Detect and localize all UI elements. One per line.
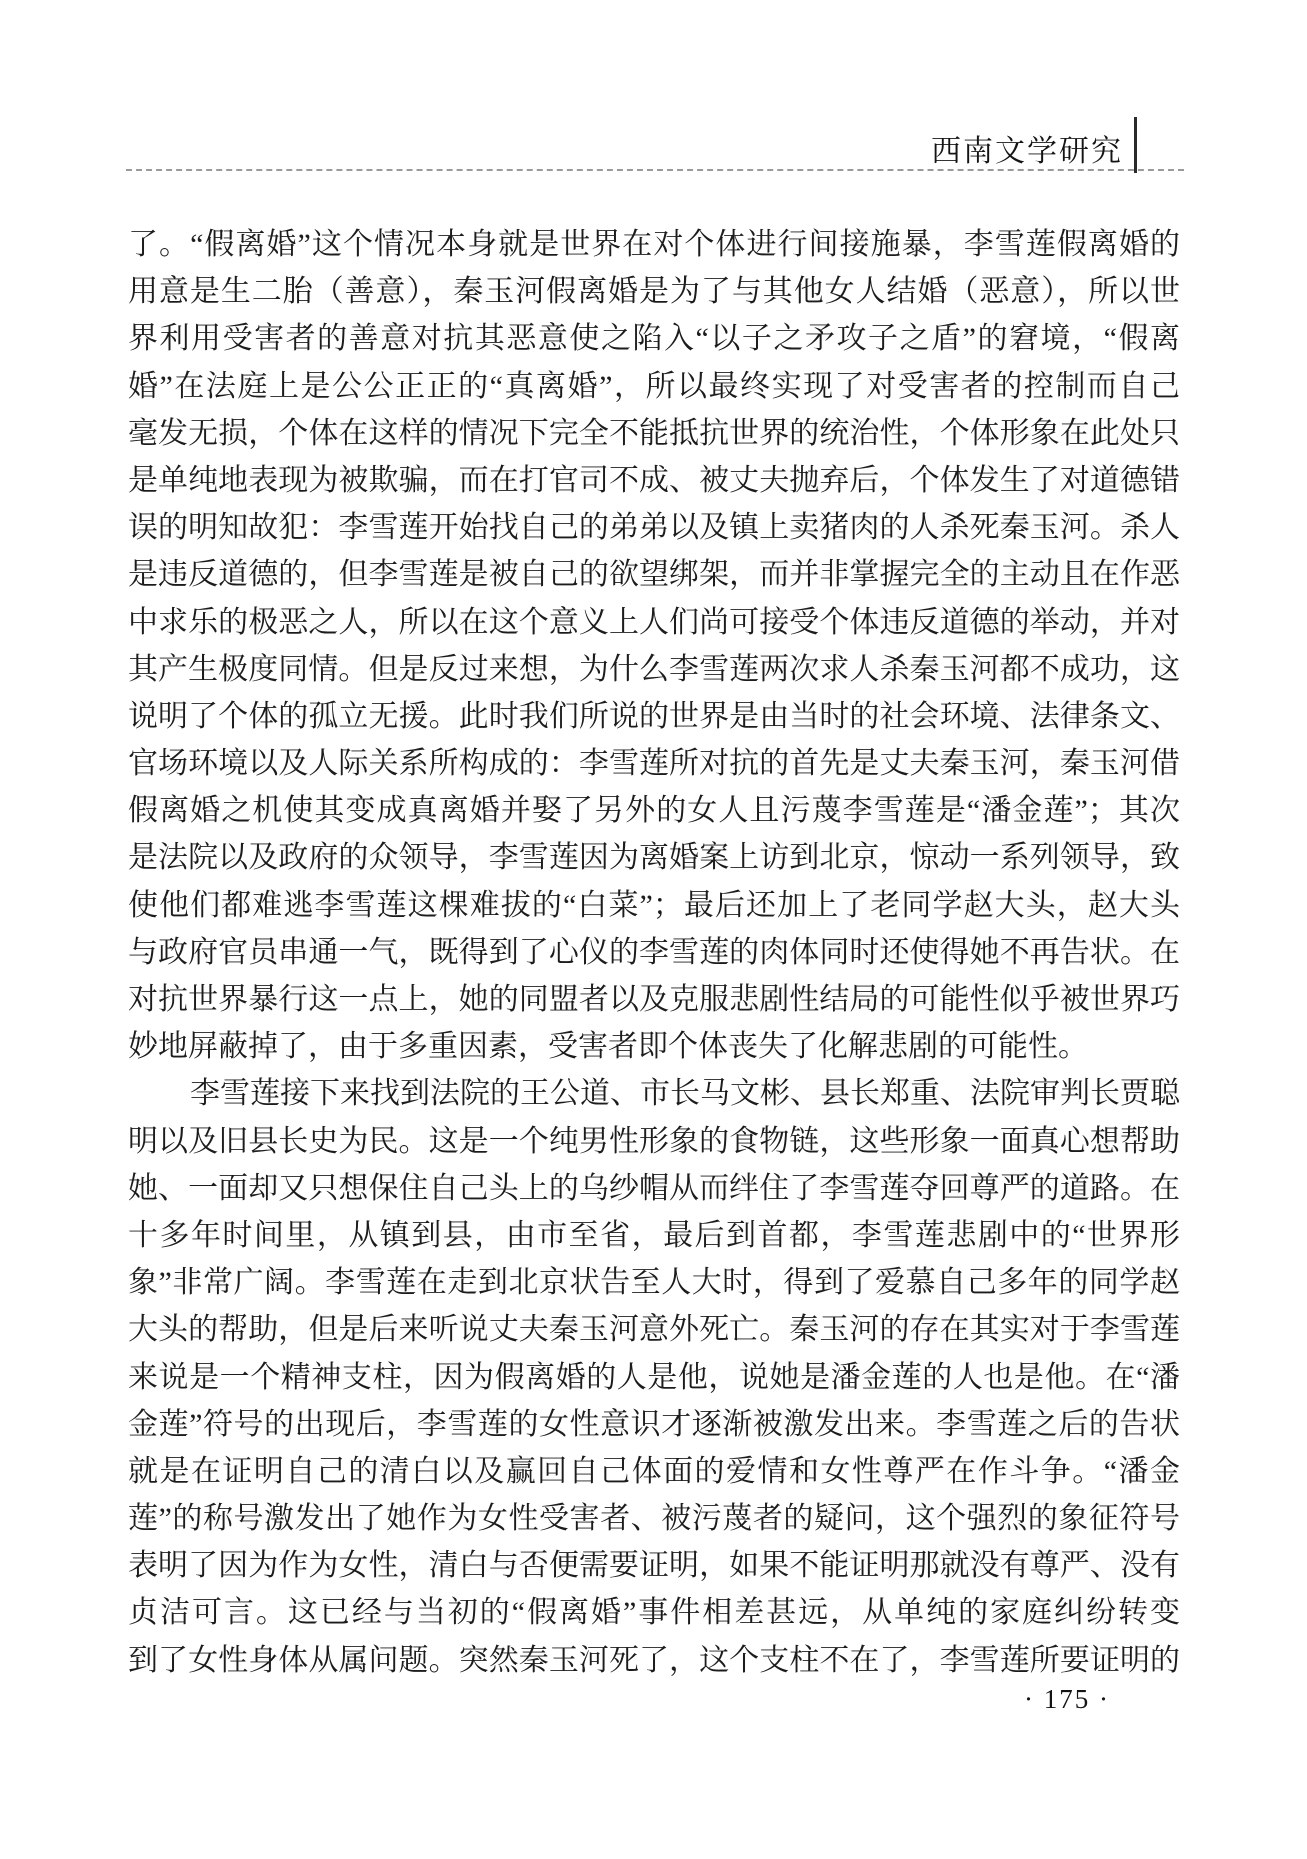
- body-text-line: 假离婚之机使其变成真离婚并娶了另外的女人且污蔑李雪莲是“潘金莲”；其次: [128, 787, 1180, 834]
- header-divider-bar: [1134, 117, 1137, 173]
- body-text-line: 来说是一个精神支柱，因为假离婚的人是他，说她是潘金莲的人也是他。在“潘: [128, 1354, 1180, 1401]
- document-page: 西南文学研究 了。“假离婚”这个情况本身就是世界在对个体进行间接施暴，李雪莲假离…: [0, 0, 1307, 1859]
- body-text-line: 界利用受害者的善意对抗其恶意使之陷入“以子之矛攻子之盾”的窘境，“假离: [128, 315, 1180, 362]
- body-text-line: 大头的帮助，但是后来听说丈夫秦玉河意外死亡。秦玉河的存在其实对于李雪莲: [128, 1306, 1180, 1353]
- body-text-line: 其产生极度同情。但是反过来想，为什么李雪莲两次求人杀秦玉河都不成功，这: [128, 646, 1180, 693]
- body-text-line: 说明了个体的孤立无援。此时我们所说的世界是由当时的社会环境、法律条文、: [128, 693, 1180, 740]
- body-text-line: 表明了因为作为女性，清白与否便需要证明，如果不能证明那就没有尊严、没有: [128, 1542, 1180, 1589]
- body-text-line: 莲”的称号激发出了她作为女性受害者、被污蔑者的疑问，这个强烈的象征符号: [128, 1495, 1180, 1542]
- body-text-line: 与政府官员串通一气，既得到了心仪的李雪莲的肉体同时还使得她不再告状。在: [128, 929, 1180, 976]
- body-text-line: 用意是生二胎（善意），秦玉河假离婚是为了与其他女人结婚（恶意），所以世: [128, 268, 1180, 315]
- body-text-line: 金莲”符号的出现后，李雪莲的女性意识才逐渐被激发出来。李雪莲之后的告状: [128, 1401, 1180, 1448]
- body-text-line: 李雪莲接下来找到法院的王公道、市长马文彬、县长郑重、法院审判长贾聪: [128, 1070, 1180, 1117]
- body-text-line: 是违反道德的，但李雪莲是被自己的欲望绑架，而并非掌握完全的主动且在作恶: [128, 551, 1180, 598]
- body-text-line: 了。“假离婚”这个情况本身就是世界在对个体进行间接施暴，李雪莲假离婚的: [128, 221, 1180, 268]
- body-text-line: 明以及旧县长史为民。这是一个纯男性形象的食物链，这些形象一面真心想帮助: [128, 1118, 1180, 1165]
- body-text-line: 官场环境以及人际关系所构成的：李雪莲所对抗的首先是丈夫秦玉河，秦玉河借: [128, 740, 1180, 787]
- header-dashed-rule: [126, 169, 1184, 171]
- body-text-line: 象”非常广阔。李雪莲在走到北京状告至人大时，得到了爱慕自己多年的同学赵: [128, 1259, 1180, 1306]
- body-text-block: 了。“假离婚”这个情况本身就是世界在对个体进行间接施暴，李雪莲假离婚的 用意是生…: [128, 221, 1180, 1684]
- body-text-line: 就是在证明自己的清白以及赢回自己体面的爱情和女性尊严在作斗争。“潘金: [128, 1448, 1180, 1495]
- body-text-line: 是法院以及政府的众领导，李雪莲因为离婚案上访到北京，惊动一系列领导，致: [128, 834, 1180, 881]
- body-text-line: 贞洁可言。这已经与当初的“假离婚”事件相差甚远，从单纯的家庭纠纷转变: [128, 1589, 1180, 1636]
- body-text-line: 婚”在法庭上是公公正正的“真离婚”，所以最终实现了对受害者的控制而自己: [128, 363, 1180, 410]
- body-text-line: 毫发无损，个体在这样的情况下完全不能抵抗世界的统治性，个体形象在此处只: [128, 410, 1180, 457]
- body-text-line: 误的明知故犯：李雪莲开始找自己的弟弟以及镇上卖猪肉的人杀死秦玉河。杀人: [128, 504, 1180, 551]
- body-text-line: 中求乐的极恶之人，所以在这个意义上人们尚可接受个体违反道德的举动，并对: [128, 599, 1180, 646]
- body-text-line: 十多年时间里，从镇到县，由市至省，最后到首都，李雪莲悲剧中的“世界形: [128, 1212, 1180, 1259]
- body-text-line: 使他们都难逃李雪莲这棵难拔的“白菜”；最后还加上了老同学赵大头，赵大头: [128, 882, 1180, 929]
- body-text-line: 对抗世界暴行这一点上，她的同盟者以及克服悲剧性结局的可能性似乎被世界巧: [128, 976, 1180, 1023]
- body-text-line: 到了女性身体从属问题。突然秦玉河死了，这个支柱不在了，李雪莲所要证明的: [128, 1637, 1180, 1684]
- body-text-line: 她、一面却又只想保住自己头上的乌纱帽从而绊住了李雪莲夺回尊严的道路。在: [128, 1165, 1180, 1212]
- body-text-line: 妙地屏蔽掉了，由于多重因素，受害者即个体丧失了化解悲剧的可能性。: [128, 1023, 1180, 1070]
- page-header-title: 西南文学研究: [931, 126, 1123, 170]
- page-number: · 175 ·: [1024, 1684, 1110, 1715]
- body-text-line: 是单纯地表现为被欺骗，而在打官司不成、被丈夫抛弃后，个体发生了对道德错: [128, 457, 1180, 504]
